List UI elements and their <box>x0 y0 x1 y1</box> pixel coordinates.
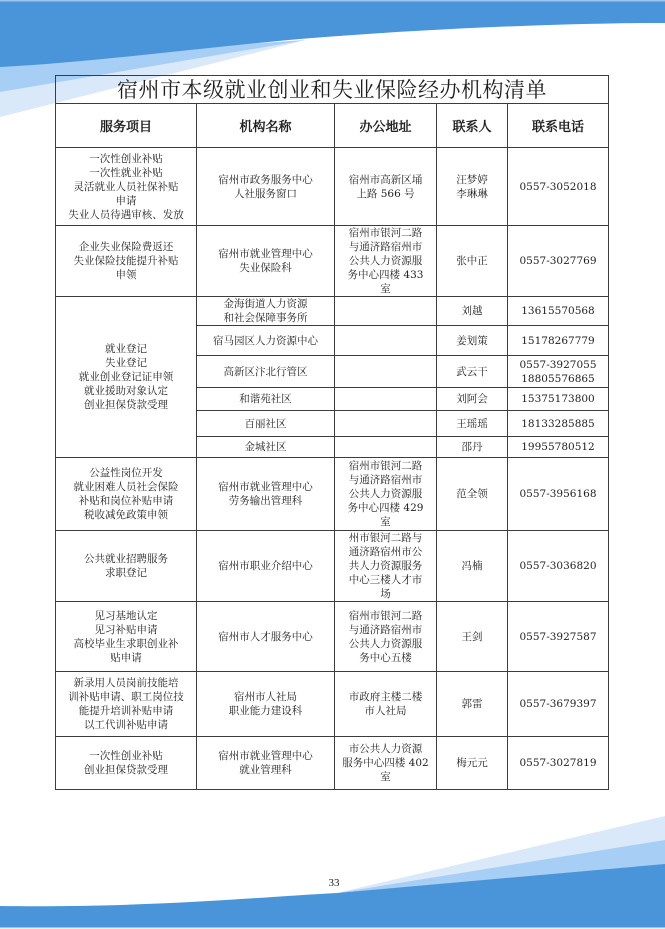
phone-cell: 15375173800 <box>508 388 609 411</box>
table-row: 见习基地认定 见习补贴申请 高校毕业生求职创业补 贴申请 宿州市人才服务中心 宿… <box>56 602 609 672</box>
contact-cell: 武云干 <box>437 356 508 388</box>
contact-cell: 郭雷 <box>437 672 508 737</box>
contact-cell: 王剑 <box>437 602 508 672</box>
phone-cell: 15178267779 <box>508 326 609 356</box>
table-row: 公益性岗位开发 就业困难人员社会保险 补贴和岗位补贴申请 税收减免政策申领 宿州… <box>56 458 609 531</box>
title-row: 宿州市本级就业创业和失业保险经办机构清单 <box>56 76 609 104</box>
phone-cell: 19955780512 <box>508 437 609 458</box>
contact-cell: 刘越 <box>437 297 508 326</box>
table-row: 就业登记 失业登记 就业创业登记证申领 就业援助对象认定 创业担保贷款受理 金海… <box>56 297 609 326</box>
phone-cell: 0557-3956168 <box>508 458 609 531</box>
service-cell: 公益性岗位开发 就业困难人员社会保险 补贴和岗位补贴申请 税收减免政策申领 <box>56 458 197 531</box>
header-address: 办公地址 <box>335 104 437 148</box>
service-cell: 公共就业招聘服务 求职登记 <box>56 531 197 602</box>
phone-cell: 13615570568 <box>508 297 609 326</box>
service-cell: 新录用人员岗前技能培 训补贴申请、职工岗位技 能提升培训补贴申请 以工代训补贴申… <box>56 672 197 737</box>
org-cell: 宿州市人才服务中心 <box>197 602 335 672</box>
table-row: 企业失业保险费返还 失业保险技能提升补贴 申领 宿州市就业管理中心 失业保险科 … <box>56 226 609 297</box>
org-cell: 和谐苑社区 <box>197 388 335 411</box>
address-cell: 宿州市银河二路 与通济路宿州市 公共人力资源服 务中心四楼 433 室 <box>335 226 437 297</box>
phone-cell: 0557-3036820 <box>508 531 609 602</box>
top-edge-line <box>0 0 665 2</box>
top-wave-dark <box>0 0 665 67</box>
page-title: 宿州市本级就业创业和失业保险经办机构清单 <box>56 76 609 104</box>
org-cell: 宿州市就业管理中心 劳务输出管理科 <box>197 458 335 531</box>
contact-cell: 梅元元 <box>437 737 508 790</box>
contact-cell: 范全领 <box>437 458 508 531</box>
phone-cell: 0557-3679397 <box>508 672 609 737</box>
service-cell: 一次性创业补贴 一次性就业补贴 灵活就业人员社保补贴 申请 失业人员待遇审核、发… <box>56 148 197 226</box>
address-cell <box>335 388 437 411</box>
service-cell: 就业登记 失业登记 就业创业登记证申领 就业援助对象认定 创业担保贷款受理 <box>56 297 197 458</box>
phone-cell: 0557-3927587 <box>508 602 609 672</box>
org-cell: 金海街道人力资源 和社会保障事务所 <box>197 297 335 326</box>
org-cell: 高新区汴北行管区 <box>197 356 335 388</box>
contact-cell: 王瑶瑶 <box>437 411 508 437</box>
header-org: 机构名称 <box>197 104 335 148</box>
address-cell <box>335 411 437 437</box>
org-cell: 宿州市就业管理中心 失业保险科 <box>197 226 335 297</box>
org-cell: 宿州市政务服务中心 人社服务窗口 <box>197 148 335 226</box>
address-cell: 宿州市银河二路 与通济路宿州市 公共人力资源服 务中心五楼 <box>335 602 437 672</box>
contact-cell: 姜划策 <box>437 326 508 356</box>
org-cell: 宿州市人社局 职业能力建设科 <box>197 672 335 737</box>
contact-cell: 汪梦婷 李琳琳 <box>437 148 508 226</box>
phone-cell: 0557-3052018 <box>508 148 609 226</box>
page-number: 33 <box>322 877 346 889</box>
contact-cell: 刘阿会 <box>437 388 508 411</box>
contact-cell: 张中正 <box>437 226 508 297</box>
header-phone: 联系电话 <box>508 104 609 148</box>
phone-cell: 0557-3027769 <box>508 226 609 297</box>
bottom-wave-dark <box>0 864 665 929</box>
address-cell: 市政府主楼二楼 市人社局 <box>335 672 437 737</box>
address-cell <box>335 356 437 388</box>
phone-cell: 18133285885 <box>508 411 609 437</box>
org-cell: 宿州市职业介绍中心 <box>197 531 335 602</box>
table-row: 一次性创业补贴 创业担保贷款受理 宿州市就业管理中心 就业管理科 市公共人力资源… <box>56 737 609 790</box>
org-cell: 宿马园区人力资源中心 <box>197 326 335 356</box>
address-cell <box>335 437 437 458</box>
service-cell: 见习基地认定 见习补贴申请 高校毕业生求职创业补 贴申请 <box>56 602 197 672</box>
table-row: 一次性创业补贴 一次性就业补贴 灵活就业人员社保补贴 申请 失业人员待遇审核、发… <box>56 148 609 226</box>
address-cell: 宿州市银河二路 与通济路宿州市 公共人力资源服 务中心四楼 429 室 <box>335 458 437 531</box>
service-cell: 一次性创业补贴 创业担保贷款受理 <box>56 737 197 790</box>
address-cell <box>335 297 437 326</box>
phone-cell: 0557-3027819 <box>508 737 609 790</box>
address-cell: 市公共人力资源 服务中心四楼 402 室 <box>335 737 437 790</box>
service-cell: 企业失业保险费返还 失业保险技能提升补贴 申领 <box>56 226 197 297</box>
header-service: 服务项目 <box>56 104 197 148</box>
agency-list-table: 宿州市本级就业创业和失业保险经办机构清单 服务项目 机构名称 办公地址 联系人 … <box>55 75 609 790</box>
address-cell <box>335 326 437 356</box>
contact-cell: 冯楠 <box>437 531 508 602</box>
org-cell: 金城社区 <box>197 437 335 458</box>
phone-cell: 0557-3927055 18805576865 <box>508 356 609 388</box>
table-row: 公共就业招聘服务 求职登记 宿州市职业介绍中心 州市银河二路与 通济路宿州市公 … <box>56 531 609 602</box>
document-page: 宿州市本级就业创业和失业保险经办机构清单 服务项目 机构名称 办公地址 联系人 … <box>0 0 665 929</box>
address-cell: 州市银河二路与 通济路宿州市公 共人力资源服务 中心三楼人才市 场 <box>335 531 437 602</box>
header-row: 服务项目 机构名称 办公地址 联系人 联系电话 <box>56 104 609 148</box>
address-cell: 宿州市高新区埇 上路 566 号 <box>335 148 437 226</box>
contact-cell: 邵丹 <box>437 437 508 458</box>
table-row: 新录用人员岗前技能培 训补贴申请、职工岗位技 能提升培训补贴申请 以工代训补贴申… <box>56 672 609 737</box>
org-cell: 宿州市就业管理中心 就业管理科 <box>197 737 335 790</box>
header-contact: 联系人 <box>437 104 508 148</box>
org-cell: 百丽社区 <box>197 411 335 437</box>
